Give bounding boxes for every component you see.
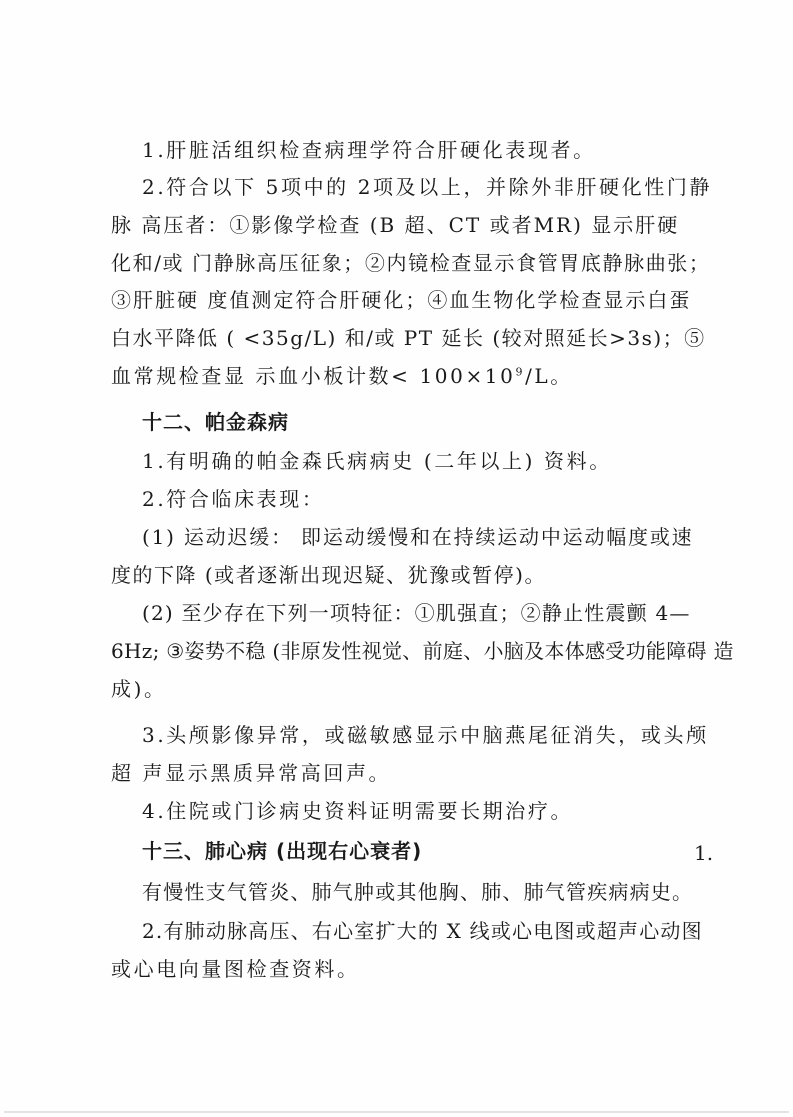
text-line: 或心电向量图检查资料。: [111, 956, 711, 982]
text-line: 4.住院或门诊病史资料证明需要长期治疗。: [142, 798, 742, 824]
text-line: 1.有明确的帕金森氏病病史 (二年以上) 资料。: [142, 448, 742, 474]
stray-item-number: 1.: [694, 840, 713, 866]
text-line: 化和/或 门静脉高压征象；②内镜检查显示食管胃底静脉曲张；: [111, 250, 711, 276]
text-line: (2) 至少存在下列一项特征：①肌强直；②静止性震颤 4—: [142, 600, 742, 626]
text-line: 超 声显示黑质异常高回声。: [111, 760, 711, 786]
platelet-exponent: 9: [515, 365, 525, 378]
text-line: ③肝脏硬 度值测定符合肝硬化；④血生物化学检查显示白蛋: [111, 287, 711, 313]
page-bottom-edge: [4, 1111, 789, 1113]
text-line: 3.头颅影像异常，或磁敏感显示中脑燕尾征消失，或头颅: [142, 722, 742, 748]
text-line: 2.符合临床表现：: [142, 486, 742, 512]
text-line: 白水平降低 ( <35g/L) 和/或 PT 延长 (较对照延长>3s)；⑤: [111, 325, 711, 351]
text-line: 血常规检查显 示血小板计数< 100×109/L。: [111, 363, 711, 389]
platelet-text: 血常规检查显 示血小板计数< 100×10: [111, 364, 515, 388]
section-heading-parkinson: 十二、帕金森病: [142, 409, 742, 435]
text-line: 2.有肺动脉高压、右心室扩大的 X 线或心电图或超声心动图: [142, 918, 742, 944]
text-line: 2.符合以下 5项中的 2项及以上，并除外非肝硬化性门静: [142, 174, 742, 200]
text-line: 度的下降 (或者逐渐出现迟疑、犹豫或暂停)。: [111, 562, 711, 588]
section-heading-cor-pulmonale: 十三、肺心病 (出现右心衰者): [142, 838, 742, 864]
document-page: 1.肝脏活组织检查病理学符合肝硬化表现者。 2.符合以下 5项中的 2项及以上，…: [0, 0, 793, 1117]
text-line: 成)。: [111, 676, 711, 702]
text-line: 6Hz; ③姿势不稳 (非原发性视觉、前庭、小脑及本体感受功能障碍 造: [111, 638, 711, 664]
text-line: (1) 运动迟缓： 即运动缓慢和在持续运动中运动幅度或速: [142, 524, 742, 550]
text-line: 有慢性支气管炎、肺气肿或其他胸、肺、肺气管疾病病史。: [142, 879, 742, 905]
text-line: 1.肝脏活组织检查病理学符合肝硬化表现者。: [142, 137, 742, 163]
text-line: 脉 高压者：①影像学检查 (B 超、CT 或者MR) 显示肝硬: [111, 212, 711, 238]
platelet-unit: /L。: [525, 364, 573, 388]
